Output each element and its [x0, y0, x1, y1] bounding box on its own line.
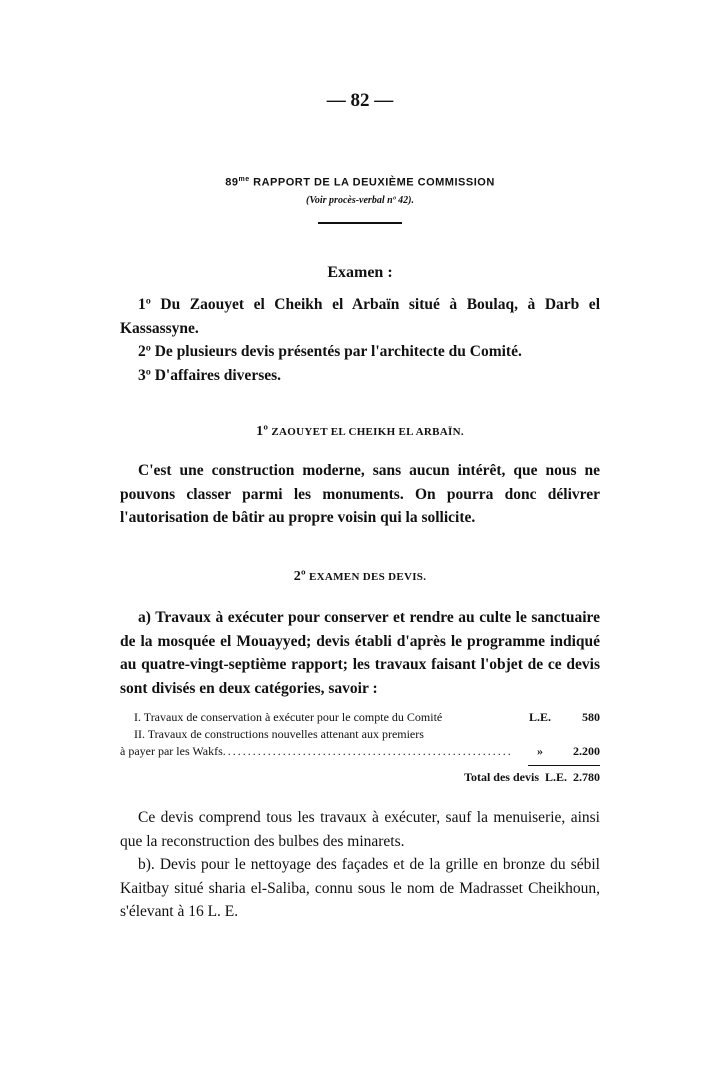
report-title: 89me RAPPORT DE LA DEUXIÈME COMMISSION — [0, 176, 720, 189]
page-number: — 82 — — [0, 90, 720, 112]
examen-list: 1º Du Zaouyet el Cheikh el Arbaïn situé … — [120, 293, 600, 387]
estimate-total-row: Total des devis L.E. 2.780 — [120, 770, 600, 785]
total-label: Total des devis — [464, 770, 539, 785]
section-1-paragraph: C'est une construction moderne, sans auc… — [120, 459, 600, 530]
report-number-suffix: me — [238, 176, 249, 183]
total-value: 2.780 — [573, 770, 600, 785]
estimate-label: à payer par les Wakfs — [120, 744, 223, 759]
estimate-row-1: I. Travaux de conservation à exécuter po… — [120, 710, 600, 727]
section-1-body: C'est une construction moderne, sans auc… — [120, 459, 600, 530]
paragraph-a: a) Travaux à exécuter pour conserver et … — [120, 606, 600, 700]
examen-item-1: 1º Du Zaouyet el Cheikh el Arbaïn situé … — [120, 293, 600, 340]
dot-leader: ........................................… — [223, 744, 522, 759]
estimate-label: I. Travaux de conservation à exécuter po… — [120, 710, 522, 725]
title-divider — [318, 222, 402, 224]
report-reference: (Voir procès-verbal nº 42). — [0, 195, 720, 206]
section-2-heading: 2º EXAMEN DES DEVIS. — [0, 569, 720, 585]
estimate-value: 2.200 — [558, 744, 600, 759]
section-2-notes: Ce devis comprend tous les travaux à exé… — [120, 806, 600, 924]
section-1-number: 1º — [256, 424, 268, 439]
section-2-para-a: a) Travaux à exécuter pour conserver et … — [120, 606, 600, 700]
estimate-row-2: II. Travaux de constructions nouvelles a… — [120, 727, 600, 744]
estimate-row-3: à payer par les Wakfs ..................… — [120, 744, 600, 761]
section-2-title: EXAMEN DES DEVIS. — [306, 571, 426, 583]
examen-item-2: 2º De plusieurs devis présentés par l'ar… — [120, 340, 600, 364]
total-unit: L.E. — [545, 770, 567, 785]
section-1-title: ZAOUYET EL CHEIKH EL ARBAÏN. — [268, 426, 464, 438]
examen-heading: Examen : — [0, 264, 720, 282]
paragraph-b: b). Devis pour le nettoyage des façades … — [120, 853, 600, 924]
estimate-label: II. Travaux de constructions nouvelles a… — [120, 727, 522, 742]
report-title-text: RAPPORT DE LA DEUXIÈME COMMISSION — [250, 177, 495, 189]
estimate-unit: » — [522, 744, 558, 759]
report-number: 89 — [225, 177, 238, 189]
section-2-number: 2º — [294, 569, 306, 584]
estimate-value: 580 — [558, 710, 600, 725]
section-1-heading: 1º ZAOUYET EL CHEIKH EL ARBAÏN. — [0, 424, 720, 440]
sum-rule — [528, 765, 600, 766]
paragraph-after-table: Ce devis comprend tous les travaux à exé… — [120, 806, 600, 853]
estimate-table: I. Travaux de conservation à exécuter po… — [120, 710, 600, 785]
estimate-unit: L.E. — [522, 710, 558, 725]
examen-item-3: 3º D'affaires diverses. — [120, 364, 600, 388]
